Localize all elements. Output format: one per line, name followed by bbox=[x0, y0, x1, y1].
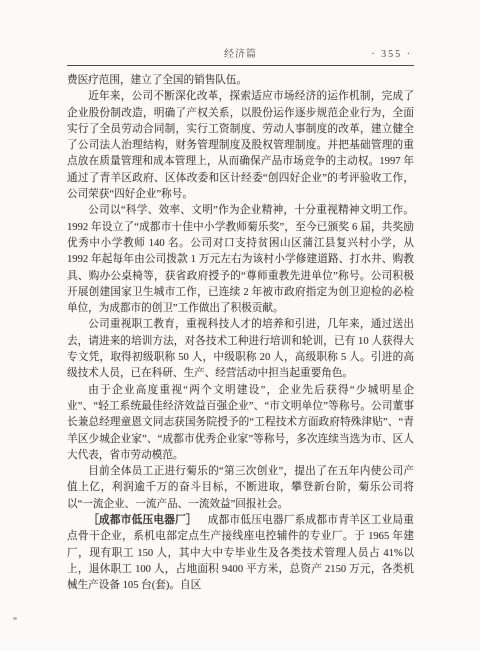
entry-paragraph: ［成都市低压电器厂］成都市低压电器厂系成都市青羊区工业局重点骨干企业，系机电部定… bbox=[67, 513, 414, 594]
paragraph-continuation: 费医疗范围，建立了全国的销售队伍。 bbox=[67, 73, 414, 89]
paragraph-honors: 由于企业高度重视“两个文明建设”，企业先后获得“少城明星企业”、“轻工系统最佳经… bbox=[67, 383, 414, 464]
entry-title: ［成都市低压电器厂］ bbox=[88, 515, 197, 526]
page-content: 经济篇 · 355 · 费医疗范围，建立了全国的销售队伍。 近年来，公司不断深化… bbox=[67, 47, 414, 595]
page-body: 费医疗范围，建立了全国的销售队伍。 近年来，公司不断深化改革，探索适应市场经济的… bbox=[67, 73, 414, 595]
paragraph-third-venture: 目前全体员工正进行菊乐的“第三次创业”，提出了在五年内使公司产值上亿，利润逾千万… bbox=[67, 464, 414, 513]
paragraph-spirit-awards: 公司以“科学、效率、文明”作为企业精神，十分重视精神文明工作。1992 年设立了… bbox=[67, 203, 414, 317]
header-rule bbox=[67, 65, 414, 66]
page-header: 经济篇 · 355 · bbox=[67, 47, 414, 62]
scan-artifact bbox=[13, 617, 17, 620]
paragraph-staff-training: 公司重视职工教育，重视科技人才的培养和引进，几年来，通过送出去，请进来的培训方法… bbox=[67, 317, 414, 382]
entry-text: 成都市低压电器厂系成都市青羊区工业局重点骨干企业，系机电部定点生产接线座电控辅件… bbox=[67, 515, 414, 591]
section-title: 经济篇 bbox=[224, 49, 257, 60]
page-number: · 355 · bbox=[371, 47, 412, 62]
paragraph-reform: 近年来，公司不断深化改革，探索适应市场经济的运作机制，完成了企业股份制改造，明确… bbox=[67, 89, 414, 203]
scanned-book-page: 经济篇 · 355 · 费医疗范围，建立了全国的销售队伍。 近年来，公司不断深化… bbox=[0, 0, 480, 651]
